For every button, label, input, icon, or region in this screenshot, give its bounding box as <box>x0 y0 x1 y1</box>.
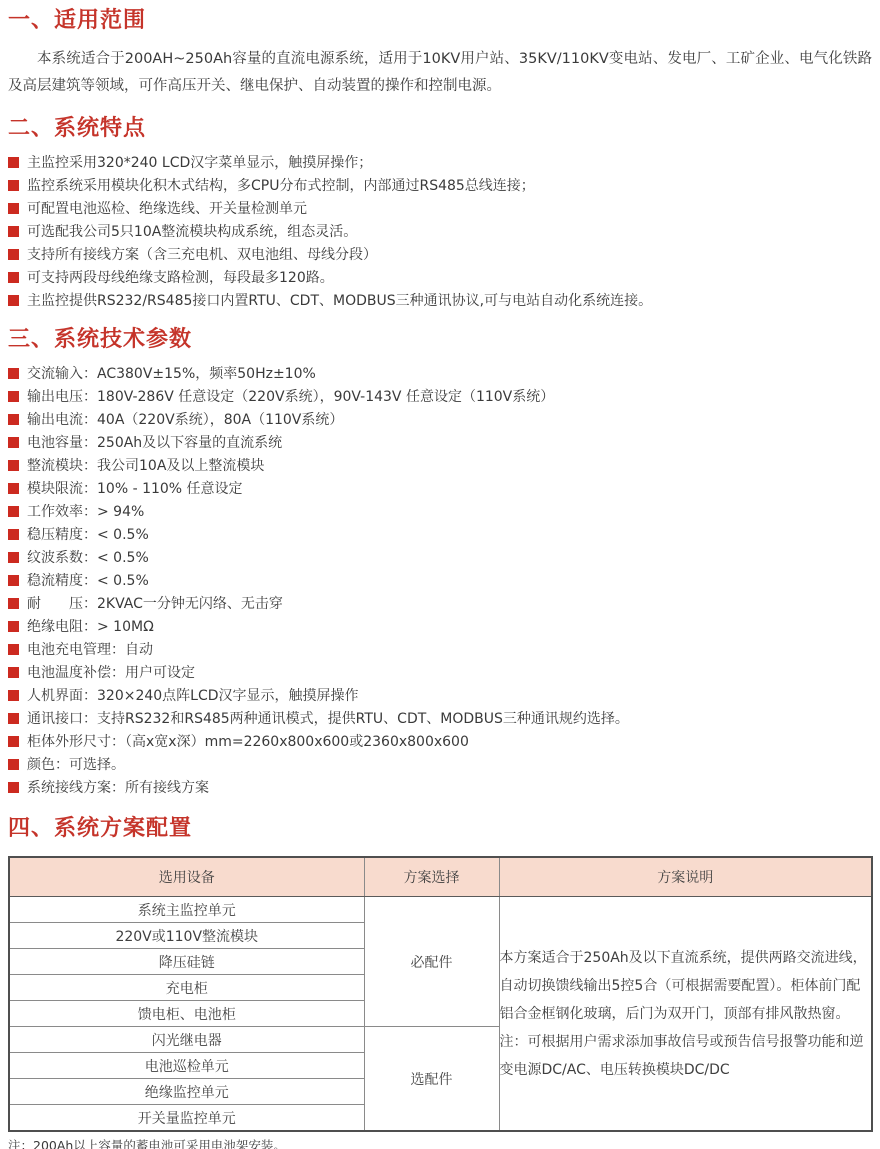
equipment-cell: 闪光继电器 <box>9 1027 364 1053</box>
bullet-square-icon <box>8 180 19 191</box>
equipment-cell: 220V或110V整流模块 <box>9 923 364 949</box>
spec-list: 交流输入：AC380V±15%，频率50Hz±10% 输出电压：180V-286… <box>8 363 872 800</box>
bullet-square-icon <box>8 782 19 793</box>
feature-text: 主监控提供RS232/RS485接口内置RTU、CDT、MODBUS三种通讯协议… <box>27 293 652 309</box>
section3-heading: 三、系统技术参数 <box>8 325 872 355</box>
spec-text: 纹波系数：< 0.5% <box>27 550 149 566</box>
equipment-cell: 馈电柜、电池柜 <box>9 1001 364 1027</box>
spec-text: 柜体外形尺寸：（高x宽x深）mm=2260x800x600或2360x800x6… <box>27 734 469 750</box>
spec-item: 电池温度补偿：用户可设定 <box>8 662 872 685</box>
bullet-square-icon <box>8 667 19 678</box>
bullet-square-icon <box>8 272 19 283</box>
document-page: 一、适用范围 本系统适合于200AH~250Ah容量的直流电源系统，适用于10K… <box>0 0 880 1149</box>
optional-group-cell: 选配件 <box>364 1027 499 1132</box>
spec-item: 稳流精度：< 0.5% <box>8 570 872 593</box>
equipment-cell: 系统主监控单元 <box>9 897 364 923</box>
spec-text: 输出电流：40A（220V系统），80A（110V系统） <box>27 412 343 428</box>
spec-item: 绝缘电阻：> 10MΩ <box>8 616 872 639</box>
bullet-square-icon <box>8 483 19 494</box>
equipment-cell: 电池巡检单元 <box>9 1053 364 1079</box>
feature-item: 监控系统采用模块化积木式结构，多CPU分布式控制，内部通过RS485总线连接； <box>8 175 872 198</box>
spec-text: 稳压精度：< 0.5% <box>27 527 149 543</box>
column-header-description: 方案说明 <box>499 857 872 897</box>
spec-item: 稳压精度：< 0.5% <box>8 524 872 547</box>
spec-item: 工作效率：> 94% <box>8 501 872 524</box>
bullet-square-icon <box>8 529 19 540</box>
spec-item: 人机界面：320×240点阵LCD汉字显示，触摸屏操作 <box>8 685 872 708</box>
spec-item: 系统接线方案：所有接线方案 <box>8 777 872 800</box>
spec-text: 交流输入：AC380V±15%，频率50Hz±10% <box>27 366 316 382</box>
column-header-choice: 方案选择 <box>364 857 499 897</box>
feature-text: 主监控采用320*240 LCD汉字菜单显示，触摸屏操作； <box>27 155 372 171</box>
bullet-square-icon <box>8 690 19 701</box>
feature-item: 可支持两段母线绝缘支路检测，每段最多120路。 <box>8 267 872 290</box>
spec-item: 电池容量：250Ah及以下容量的直流系统 <box>8 432 872 455</box>
description-paragraph-1: 本方案适合于250Ah及以下直流系统，提供两路交流进线，自动切换馈线输出5控5合… <box>500 944 872 1028</box>
feature-text: 可选配我公司5只10A整流模块构成系统，组态灵活。 <box>27 224 357 240</box>
spec-item: 输出电流：40A（220V系统），80A（110V系统） <box>8 409 872 432</box>
spec-text: 颜色：可选择。 <box>27 757 125 773</box>
bullet-square-icon <box>8 203 19 214</box>
spec-text: 稳流精度：< 0.5% <box>27 573 149 589</box>
feature-text: 监控系统采用模块化积木式结构，多CPU分布式控制，内部通过RS485总线连接； <box>27 178 535 194</box>
spec-text: 电池容量：250Ah及以下容量的直流系统 <box>27 435 282 451</box>
bullet-square-icon <box>8 506 19 517</box>
bullet-square-icon <box>8 575 19 586</box>
feature-item: 主监控采用320*240 LCD汉字菜单显示，触摸屏操作； <box>8 152 872 175</box>
column-header-equipment: 选用设备 <box>9 857 364 897</box>
spec-text: 系统接线方案：所有接线方案 <box>27 780 209 796</box>
equipment-cell: 绝缘监控单元 <box>9 1079 364 1105</box>
section4-heading: 四、系统方案配置 <box>8 814 872 844</box>
bullet-square-icon <box>8 736 19 747</box>
section2-heading: 二、系统特点 <box>8 114 872 144</box>
spec-item: 耐 压：2KVAC一分钟无闪络、无击穿 <box>8 593 872 616</box>
spec-text: 整流模块：我公司10A及以上整流模块 <box>27 458 264 474</box>
bullet-square-icon <box>8 644 19 655</box>
spec-item: 纹波系数：< 0.5% <box>8 547 872 570</box>
feature-item: 可选配我公司5只10A整流模块构成系统，组态灵活。 <box>8 221 872 244</box>
table-footnote: 注：200Ah以上容量的蓄电池可采用电池架安装。 <box>8 1138 872 1149</box>
feature-text: 支持所有接线方案（含三充电机、双电池组、母线分段） <box>27 247 377 263</box>
equipment-cell: 开关量监控单元 <box>9 1105 364 1132</box>
spec-text: 工作效率：> 94% <box>27 504 144 520</box>
intro-paragraph: 本系统适合于200AH~250Ah容量的直流电源系统，适用于10KV用户站、35… <box>8 46 872 100</box>
spec-text: 模块限流：10% - 110% 任意设定 <box>27 481 243 497</box>
spec-text: 电池充电管理：自动 <box>27 642 153 658</box>
spec-item: 颜色：可选择。 <box>8 754 872 777</box>
spec-item: 通讯接口：支持RS232和RS485两种通讯模式，提供RTU、CDT、MODBU… <box>8 708 872 731</box>
equipment-cell: 降压硅链 <box>9 949 364 975</box>
feature-item: 可配置电池巡检、绝缘选线、开关量检测单元 <box>8 198 872 221</box>
feature-item: 支持所有接线方案（含三充电机、双电池组、母线分段） <box>8 244 872 267</box>
feature-text: 可配置电池巡检、绝缘选线、开关量检测单元 <box>27 201 307 217</box>
table-row: 系统主监控单元 必配件 本方案适合于250Ah及以下直流系统，提供两路交流进线，… <box>9 897 872 923</box>
bullet-square-icon <box>8 598 19 609</box>
bullet-square-icon <box>8 414 19 425</box>
spec-text: 通讯接口：支持RS232和RS485两种通讯模式，提供RTU、CDT、MODBU… <box>27 711 629 727</box>
spec-text: 绝缘电阻：> 10MΩ <box>27 619 154 635</box>
bullet-square-icon <box>8 759 19 770</box>
bullet-square-icon <box>8 249 19 260</box>
bullet-square-icon <box>8 713 19 724</box>
spec-item: 交流输入：AC380V±15%，频率50Hz±10% <box>8 363 872 386</box>
spec-text: 耐 压：2KVAC一分钟无闪络、无击穿 <box>27 596 283 612</box>
bullet-square-icon <box>8 621 19 632</box>
equipment-cell: 充电柜 <box>9 975 364 1001</box>
spec-item: 模块限流：10% - 110% 任意设定 <box>8 478 872 501</box>
spec-item: 柜体外形尺寸：（高x宽x深）mm=2260x800x600或2360x800x6… <box>8 731 872 754</box>
spec-text: 输出电压：180V-286V 任意设定（220V系统），90V-143V 任意设… <box>27 389 554 405</box>
bullet-square-icon <box>8 552 19 563</box>
spec-item: 整流模块：我公司10A及以上整流模块 <box>8 455 872 478</box>
spec-item: 电池充电管理：自动 <box>8 639 872 662</box>
spec-text: 电池温度补偿：用户可设定 <box>27 665 195 681</box>
bullet-square-icon <box>8 295 19 306</box>
feature-item: 主监控提供RS232/RS485接口内置RTU、CDT、MODBUS三种通讯协议… <box>8 290 872 313</box>
bullet-square-icon <box>8 391 19 402</box>
required-group-cell: 必配件 <box>364 897 499 1027</box>
feature-text: 可支持两段母线绝缘支路检测，每段最多120路。 <box>27 270 334 286</box>
feature-list: 主监控采用320*240 LCD汉字菜单显示，触摸屏操作； 监控系统采用模块化积… <box>8 152 872 313</box>
bullet-square-icon <box>8 437 19 448</box>
section1-heading: 一、适用范围 <box>8 6 872 36</box>
description-cell: 本方案适合于250Ah及以下直流系统，提供两路交流进线，自动切换馈线输出5控5合… <box>499 897 872 1132</box>
spec-item: 输出电压：180V-286V 任意设定（220V系统），90V-143V 任意设… <box>8 386 872 409</box>
bullet-square-icon <box>8 157 19 168</box>
bullet-square-icon <box>8 368 19 379</box>
config-table: 选用设备 方案选择 方案说明 系统主监控单元 必配件 本方案适合于250Ah及以… <box>8 856 873 1132</box>
description-paragraph-2: 注：可根据用户需求添加事故信号或预告信号报警功能和逆变电源DC/AC、电压转换模… <box>500 1028 872 1084</box>
table-header-row: 选用设备 方案选择 方案说明 <box>9 857 872 897</box>
bullet-square-icon <box>8 226 19 237</box>
bullet-square-icon <box>8 460 19 471</box>
spec-text: 人机界面：320×240点阵LCD汉字显示，触摸屏操作 <box>27 688 359 704</box>
